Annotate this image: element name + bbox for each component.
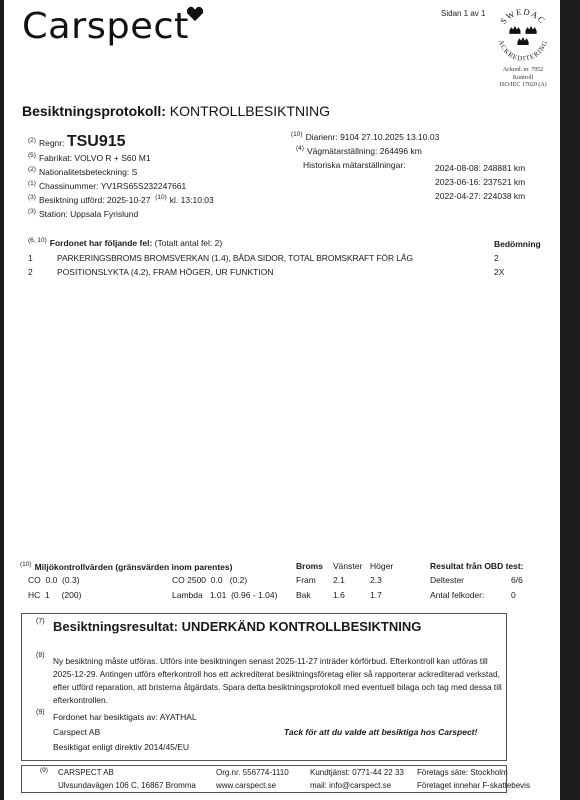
accreditation-info: Ackred. nr. 7952 Kontroll ISO/IEC 17020 … [478, 67, 568, 90]
footer-seat: Företags säte: Stockholm [417, 768, 508, 777]
footer-tax: Företaget innehar F-skattebevis [417, 781, 530, 790]
footer-orgnr: Org.nr. 556774-1110 [216, 768, 289, 777]
note-ref: (8) [36, 652, 45, 659]
obd-heading: Resultat från OBD test: [430, 561, 524, 571]
thanks-message: Tack för att du valde att besiktiga hos … [284, 727, 477, 737]
brake-value: 1.7 [370, 590, 382, 600]
brake-header-right: Höger [370, 561, 393, 571]
history-entry: 2024-08-08: 248881 km [435, 163, 525, 173]
inspector-name: Fordonet har besiktigats av: AYATHAL [53, 712, 197, 722]
result-note: Ny besiktning måste utföras. Utförs inte… [53, 655, 503, 707]
obd-label: Antal felkoder: [430, 590, 484, 600]
brake-row-label: Bak [296, 590, 311, 600]
footer-phone: Kundtjänst: 0771-44 22 33 [310, 768, 404, 777]
environment-heading: (10)Miljökontrollvärden (gränsvärden ino… [20, 561, 232, 572]
page-title: Besiktningsprotokoll: KONTROLLBESIKTNING [22, 103, 330, 119]
footer-company: CARSPECT AB [58, 768, 114, 777]
inspector-ref: (9) [36, 709, 45, 716]
station-field: (3)Station: Uppsala Fyrislund [28, 208, 138, 219]
faults-heading: (6, 10)Fordonet har följande fel: (Total… [28, 237, 222, 248]
history-entry: 2022-04-27: 224038 km [435, 191, 525, 201]
footer-address: Ulvsundavägen 106 C, 16867 Bromma [58, 781, 196, 790]
env-lambda: Lambda 1.01 (0.96 - 1.04) [172, 590, 277, 600]
footer-email-link[interactable]: mail: info@carspect.se [310, 781, 391, 790]
fault-description: PARKERINGSBROMS BROMSVERKAN (1.4), BÅDA … [57, 253, 413, 263]
brake-header-broms: Broms [296, 561, 323, 571]
fault-number: 1 [28, 253, 33, 263]
env-hc: HC 1 (200) [28, 590, 81, 600]
company-name: Carspect AB [53, 727, 100, 737]
carspect-logo: Carspect [22, 6, 189, 47]
directive: Besiktigat enligt direktiv 2014/45/EU [53, 742, 189, 752]
obd-label: Deltester [430, 575, 464, 585]
history-entry: 2023-06-16: 237521 km [435, 177, 525, 187]
swedac-seal-icon: SWEDAC ACKREDITERING [492, 6, 554, 68]
brake-header-left: Vänster [333, 561, 362, 571]
diarienr-field: (10)Diarienr: 9104 27.10.2025 13.10.03 [291, 131, 439, 142]
inspection-date-field: (3)Besiktning utförd: 2025-10-27 (10)kl.… [28, 194, 214, 205]
result-ref: (7) [36, 618, 45, 625]
chassis-field: (1)Chassinummer: YV1RS65S232247661 [28, 180, 186, 191]
protocol-page: Carspect Sidan 1 av 1 SWEDAC ACKREDITERI… [4, 0, 560, 800]
footer-ref: (9) [40, 767, 48, 774]
brake-value: 2.1 [333, 575, 345, 585]
fabrikat-field: (5)Fabrikat: VOLVO R + S60 M1 [28, 152, 151, 163]
page-indicator: Sidan 1 av 1 [441, 9, 485, 18]
svg-text:SWEDAC: SWEDAC [498, 6, 548, 25]
env-co2500: CO 2500 0.0 (0.2) [172, 575, 247, 585]
brake-value: 1.6 [333, 590, 345, 600]
nationality-field: (2)Nationalitetsbeteckning: S [28, 166, 137, 177]
fault-rating: 2 [494, 253, 499, 263]
fault-rating: 2X [494, 267, 504, 277]
fault-description: POSITIONSLYKTA (4.2), FRAM HÖGER, UR FUN… [57, 267, 273, 277]
obd-value: 0 [511, 590, 516, 600]
heart-icon [186, 6, 204, 22]
env-co: CO 0.0 (0.3) [28, 575, 80, 585]
brake-row-label: Fram [296, 575, 316, 585]
fault-number: 2 [28, 267, 33, 277]
result-title: Besiktningsresultat: UNDERKÄND KONTROLLB… [53, 619, 421, 634]
footer-website-link[interactable]: www.carspect.se [216, 781, 276, 790]
odometer-field: (4)Vägmätarställning: 264496 km [296, 145, 422, 156]
rating-header: Bedömning [494, 239, 541, 249]
obd-value: 6/6 [511, 575, 523, 585]
regnr-field: (2)Regnr: TSU915 [28, 133, 126, 151]
regnr-value: TSU915 [67, 133, 126, 150]
brake-value: 2.3 [370, 575, 382, 585]
history-label: Historiska mätarställningar: [303, 160, 406, 170]
